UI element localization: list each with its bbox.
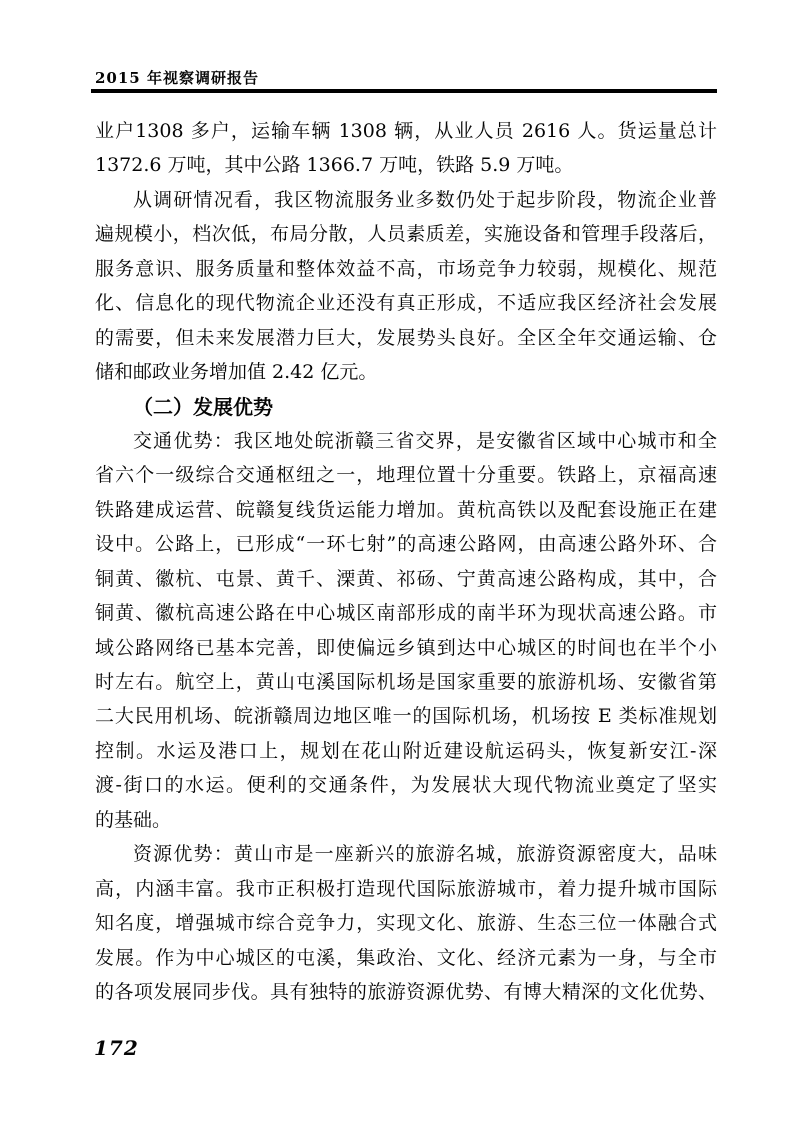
- body-text-line: 控制。水运及港口上，规划在花山附近建设航运码头，恢复新安江-深: [95, 734, 717, 768]
- body-text-line: 铜黄、徽杭高速公路在中心城区南部形成的南半环为现状高速公路。市: [95, 596, 717, 630]
- body-text-line: 渡-街口的水运。便利的交通条件，为发展状大现代物流业奠定了坚实: [95, 768, 717, 802]
- body-text-line: 交通优势：我区地处皖浙赣三省交界，是安徽省区域中心城市和全: [95, 424, 717, 458]
- document-body: 业户1308 多户，运输车辆 1308 辆，从业人员 2616 人。货运量总计1…: [95, 114, 717, 1009]
- header-divider-rule: [91, 89, 717, 93]
- body-text-line: 设中。公路上，已形成“一环七射”的高速公路网，由高速公路外环、合: [95, 527, 717, 561]
- body-text-line: 化、信息化的现代物流企业还没有真正形成，不适应我区经济社会发展: [95, 286, 717, 320]
- body-text-line: 发展。作为中心城区的屯溪，集政治、文化、经济元素为一身，与全市: [95, 941, 717, 975]
- page-number: 172: [94, 1036, 139, 1060]
- page-header-title: 2015 年视察调研报告: [95, 67, 259, 88]
- body-text-line: 铜黄、徽杭、屯景、黄千、溧黄、祁砀、宁黄高速公路构成，其中，合: [95, 562, 717, 596]
- body-text-line: 的各项发展同步伐。具有独特的旅游资源优势、有博大精深的文化优势、: [95, 975, 717, 1009]
- body-text-line: 知名度，增强城市综合竞争力，实现文化、旅游、生态三位一体融合式: [95, 906, 717, 940]
- body-text-line: 从调研情况看，我区物流服务业多数仍处于起步阶段，物流企业普: [95, 183, 717, 217]
- body-text-line: 的基础。: [95, 803, 717, 837]
- body-text-line: 服务意识、服务质量和整体效益不高，市场竞争力较弱，规模化、规范: [95, 252, 717, 286]
- body-text-line: 省六个一级综合交通枢纽之一，地理位置十分重要。铁路上，京福高速: [95, 458, 717, 492]
- body-text-line: 储和邮政业务增加值 2.42 亿元。: [95, 355, 717, 389]
- body-text-line: 遍规模小，档次低，布局分散，人员素质差，实施设备和管理手段落后，: [95, 217, 717, 251]
- body-text-line: 高，内涵丰富。我市正积极打造现代国际旅游城市，着力提升城市国际: [95, 872, 717, 906]
- body-text-line: 资源优势：黄山市是一座新兴的旅游名城，旅游资源密度大，品味: [95, 837, 717, 871]
- body-text-line: 的需要，但未来发展潜力巨大，发展势头良好。全区全年交通运输、仓: [95, 321, 717, 355]
- body-text-line: 时左右。航空上，黄山屯溪国际机场是国家重要的旅游机场、安徽省第: [95, 665, 717, 699]
- body-text-line: 业户1308 多户，运输车辆 1308 辆，从业人员 2616 人。货运量总计: [95, 114, 717, 148]
- body-text-line: 铁路建成运营、皖赣复线货运能力增加。黄杭高铁以及配套设施正在建: [95, 493, 717, 527]
- scanned-report-page: 2015 年视察调研报告 业户1308 多户，运输车辆 1308 辆，从业人员 …: [0, 0, 803, 1133]
- section-heading: （二）发展优势: [95, 390, 717, 424]
- body-text-line: 1372.6 万吨，其中公路 1366.7 万吨，铁路 5.9 万吨。: [95, 148, 717, 182]
- body-text-line: 域公路网络已基本完善，即使偏远乡镇到达中心城区的时间也在半个小: [95, 631, 717, 665]
- body-text-line: 二大民用机场、皖浙赣周边地区唯一的国际机场，机场按 E 类标准规划: [95, 699, 717, 733]
